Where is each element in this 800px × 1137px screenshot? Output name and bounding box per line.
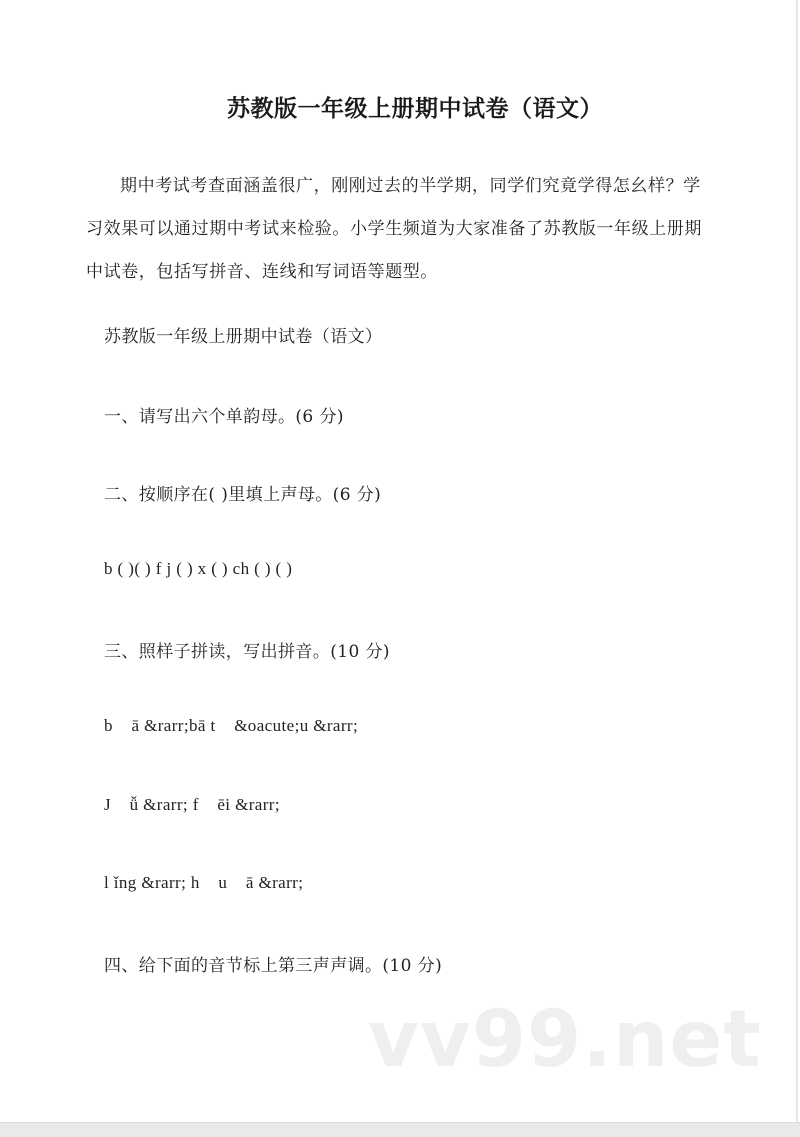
question-3-heading: 三、照样子拼读，写出拼音。(10 分)	[104, 637, 390, 662]
exam-subtitle: 苏教版一年级上册期中试卷（语文）	[104, 322, 382, 347]
question-3-line-3: l ǐng &rarr; h u ā &rarr;	[104, 873, 303, 893]
page-title: 苏教版一年级上册期中试卷（语文）	[0, 90, 800, 123]
question-1-heading: 一、请写出六个单韵母。(6 分)	[104, 402, 344, 427]
document-page: 苏教版一年级上册期中试卷（语文） 期中考试考查面涵盖很广，刚刚过去的半学期，同学…	[0, 0, 798, 1122]
page-bottom-gutter	[0, 1122, 800, 1137]
question-2-blanks: b ( )( ) f j ( ) x ( ) ch ( ) ( )	[104, 559, 292, 579]
question-3-line-1: b ā &rarr;bā t &oacute;u &rarr;	[104, 716, 358, 736]
question-2-heading: 二、按顺序在( )里填上声母。(6 分)	[104, 480, 381, 505]
watermark: vv99.net	[368, 995, 762, 1085]
question-4-heading: 四、给下面的音节标上第三声声调。(10 分)	[104, 951, 442, 976]
question-3-line-2: J ǚ &rarr; f ēi &rarr;	[104, 795, 280, 815]
intro-paragraph: 期中考试考查面涵盖很广，刚刚过去的半学期，同学们究竟学得怎幺样？学习效果可以通过…	[86, 165, 704, 294]
